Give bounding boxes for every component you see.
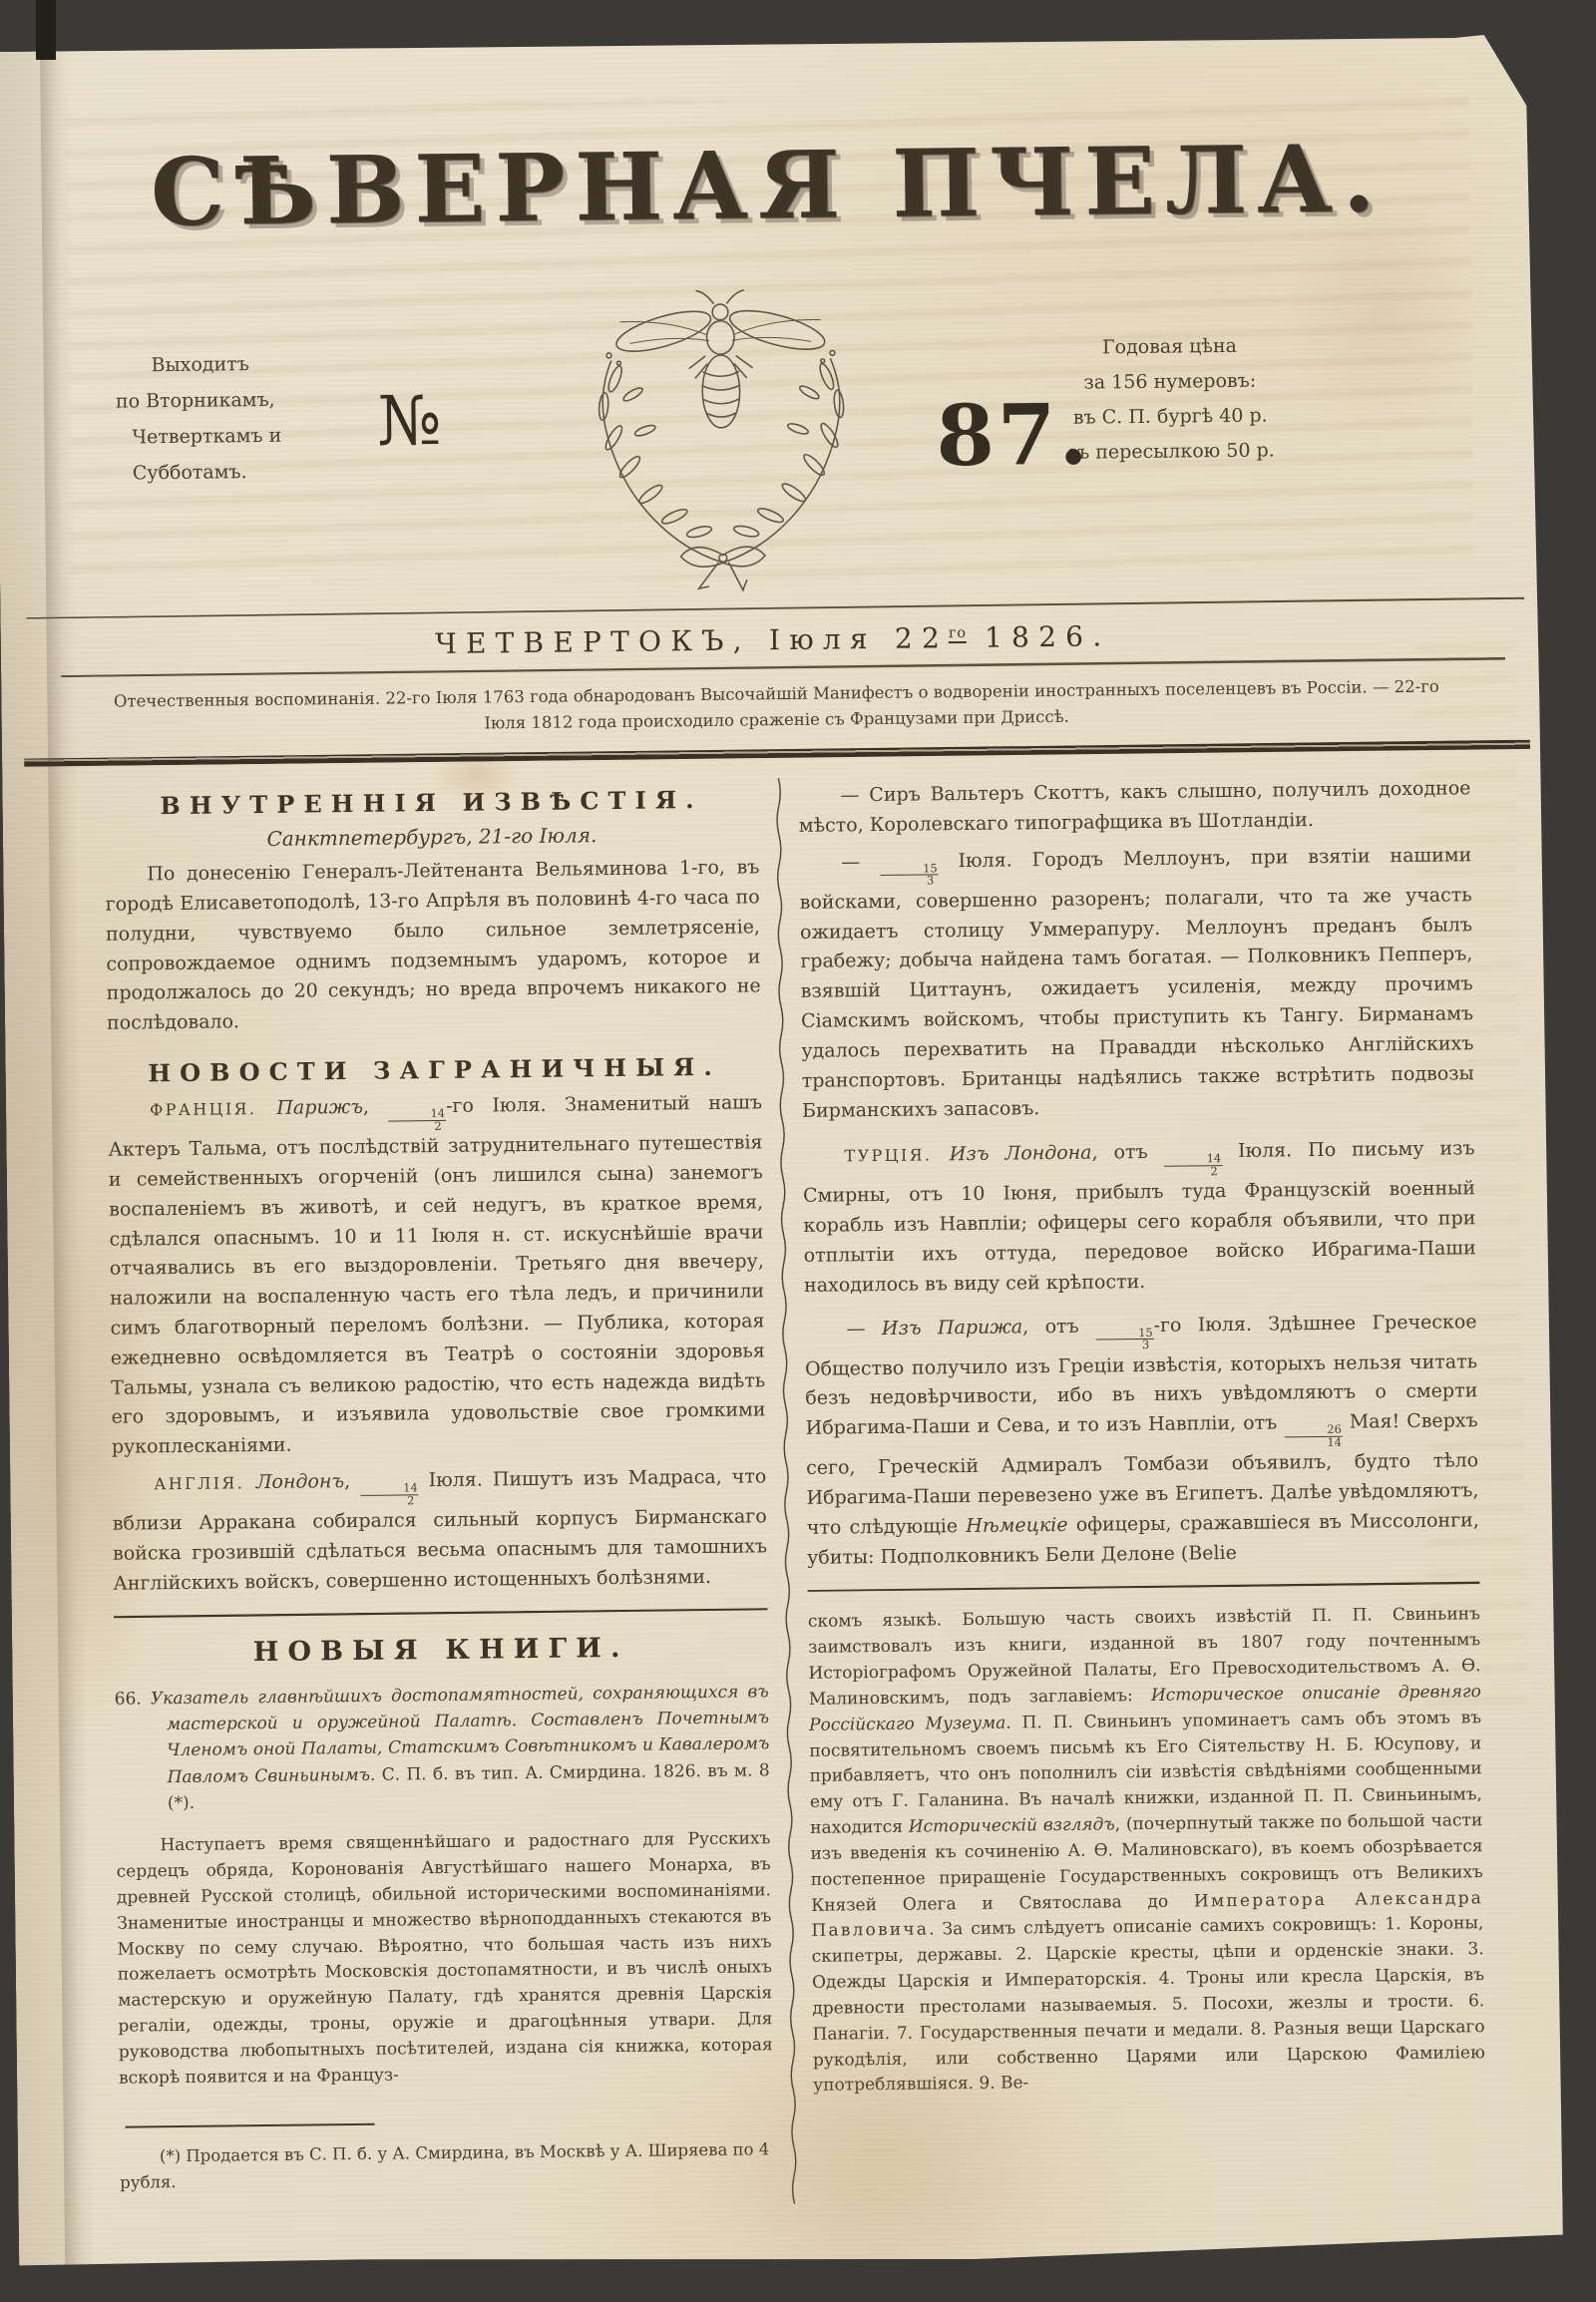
schedule-line: Субботамъ. [117,454,282,492]
text-segment: Изъ Лондона [950,1142,1092,1166]
text-segment: Нѣмецкіе [966,1514,1068,1537]
article-paragraph: ФРАНЦІЯ. Парижъ, 142-го Іюля. Знаменитый… [108,1088,766,1462]
newspaper-page: СѢВЕРНАЯ ПЧЕЛА. Выходитъ по Вторникамъ, … [0,34,1563,2269]
stacked-date-fraction: 142 [360,1483,419,1507]
text-segment: Лондонъ [256,1470,345,1493]
text-segment: АНГЛІЯ. [154,1473,256,1493]
laurel-branch-right [722,350,846,562]
text-segment: , [344,1470,360,1492]
day-ordinal-suffix: го [949,624,967,643]
domestic-dateline: Санктпетербургъ, 21-го Іюля. [105,821,759,852]
newspaper-title: СѢВЕРНАЯ ПЧЕЛА. [25,123,1510,248]
text-segment: Изъ Парижа [882,1316,1022,1340]
text-segment: 66. [115,1689,151,1709]
right-column: — Сиръ Вальтеръ Скоттъ, какъ слышно, пол… [798,770,1486,2203]
text-segment: , отъ [1091,1141,1163,1164]
footnote-rule [126,2122,375,2127]
issue-number: 87. [936,385,1091,486]
price-line: Годовая цѣна [997,328,1342,367]
weekday: ЧЕТВЕРТОКЪ, [435,623,751,660]
two-column-body: ВНУТРЕННІЯ ИЗВѢСТІЯ. Санктпетербургъ, 21… [104,770,1486,2211]
text-segment: Историческій взглядъ [909,1814,1115,1836]
book-review-paragraph: Наступаетъ время священнѣйшаго и радостн… [116,1827,773,2093]
column-rule [114,1608,768,1618]
thick-horizontal-rule [24,740,1530,767]
schedule-line: по Вторникамъ, [116,382,281,420]
bee-icon [612,289,830,429]
stacked-date-fraction: 153 [880,863,939,887]
text-segment: -го Іюля. Знаменитый нашъ Актеръ Тальма,… [108,1091,765,1458]
binding-notch [36,0,56,60]
masthead: СѢВЕРНАЯ ПЧЕЛА. Выходитъ по Вторникамъ, … [0,34,1544,612]
year: 1826. [985,619,1111,653]
text-segment: — [841,851,880,873]
text-segment: , [363,1096,388,1118]
text-segment: , отъ [1022,1315,1095,1338]
article-paragraph: — Сиръ Вальтеръ Скоттъ, какъ слышно, пол… [798,774,1471,841]
text-segment: — [846,1318,882,1340]
text-segment: ТУРЦІЯ. [845,1146,950,1166]
text-segment: ФРАНЦІЯ. [150,1099,277,1119]
numero-symbol: № [377,382,442,462]
article-paragraph: По донесенію Генералъ-Лейтенанта Вельями… [105,853,761,1038]
stacked-date-fraction: 2614 [1284,1424,1343,1448]
text-segment: . За симъ слѣдуетъ описаніе самихъ сокро… [812,1914,1485,2097]
month-day: Іюля 22 [769,621,949,656]
article-paragraph: АНГЛІЯ. Лондонъ, 142 Іюля. Пишутъ изъ Ма… [112,1462,767,1599]
footnote: (*) Продается въ С. П. б. у А. Смирдина,… [120,2136,775,2195]
stacked-date-fraction: 153 [1095,1328,1154,1351]
column-rule [808,1582,1480,1593]
article-paragraph: — 153 Іюля. Городъ Меллоунъ, при взятіи … [799,841,1474,1126]
section-header-new-books: НОВЫЯ КНИГИ. [114,1631,768,1669]
publication-schedule: Выходитъ по Вторникамъ, Четверткамъ и Су… [115,346,281,492]
section-header-domestic-news: ВНУТРЕННІЯ ИЗВѢСТІЯ. [104,784,758,820]
stacked-date-fraction: 142 [1164,1154,1223,1178]
book-review-continuation: скомъ языкѣ. Большую часть своихъ извѣст… [808,1603,1486,2100]
schedule-line: Четверткамъ и [116,418,281,456]
text-segment: Парижъ [276,1096,363,1119]
bee-wreath-vignette-icon [553,263,890,600]
article-paragraph: — Изъ Парижа, отъ 153-го Іюля. Здѣшнее Г… [804,1308,1479,1573]
stacked-date-fraction: 142 [388,1108,447,1132]
ribbon-bow [680,547,765,590]
issue-date: ЧЕТВЕРТОКЪ, Іюля 22го 1826. [1,614,1545,665]
schedule-line: Выходитъ [115,346,280,384]
book-listing: 66. Указатель главнѣйшихъ достопамятност… [115,1679,770,1817]
article-paragraph: ТУРЦІЯ. Изъ Лондона, отъ 142 Іюля. По пи… [802,1135,1476,1302]
section-header-foreign-news: НОВОСТИ ЗАГРАНИЧНЫЯ. [107,1051,761,1087]
anniversary-note: Отечественныя воспоминанія. 22-го Іюля 1… [105,674,1447,740]
scanned-newspaper-page: { "colors": { "paper": "#e8dfca", "ink":… [0,0,1596,2302]
left-column: ВНУТРЕННІЯ ИЗВѢСТІЯ. Санктпетербургъ, 21… [104,778,774,2211]
text-segment: — Сиръ Вальтеръ Скоттъ, какъ слышно, пол… [799,777,1471,836]
